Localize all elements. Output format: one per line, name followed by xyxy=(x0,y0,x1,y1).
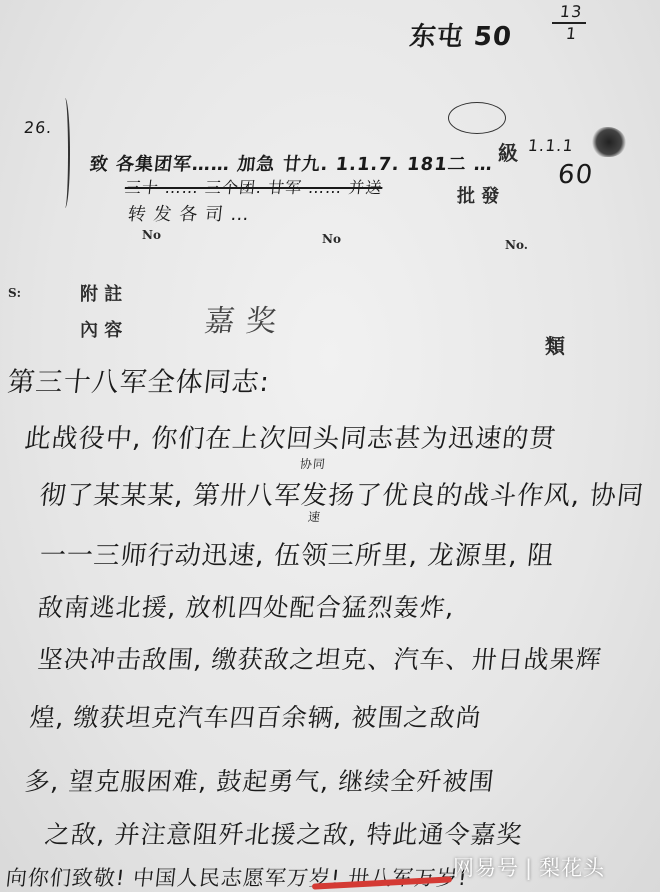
number-value: 60 xyxy=(556,160,594,190)
body-line-3: 彻了某某某, 第卅八军发扬了优良的战斗作风, 协同 xyxy=(38,475,646,512)
stamp-handwriting: 嘉 奖 xyxy=(203,296,280,340)
circled-note xyxy=(448,102,506,134)
grade-value: 1.1.1 xyxy=(527,136,575,155)
body-line-1: 第三十八军全体同志: xyxy=(6,360,272,399)
no-label-3: No. xyxy=(505,238,528,252)
content-label: 內 容 xyxy=(80,316,122,342)
grade-label: 級 xyxy=(498,137,518,166)
fraction-denominator: 1 xyxy=(565,24,578,43)
inserted-annotation-2: 速 xyxy=(307,508,322,525)
margin-mark: S: xyxy=(8,286,21,300)
no-label-1: No xyxy=(142,228,161,242)
inserted-annotation-1: 协同 xyxy=(299,455,327,472)
header-line-3: 转 发 各 司 … xyxy=(127,200,252,226)
left-margin-note: 26. xyxy=(23,118,53,137)
watermark-separator: | xyxy=(525,856,533,880)
header-line-2: 三十 …… 三个团. 廿军 …… 并送 xyxy=(124,175,384,198)
remarks-label: 附 註 xyxy=(80,280,122,306)
watermark-platform: 网易号 xyxy=(453,856,519,880)
header-line-1: 致 各集团军…… 加急 廿九. 1.1.7. 181二 … xyxy=(89,150,495,176)
left-bracket-mark xyxy=(60,98,70,208)
body-line-6: 坚决冲击敌围, 缴获敌之坦克、汽车、卅日战果辉 xyxy=(36,640,604,676)
body-line-4: 一一三师行动迅速, 伍领三所里, 龙源里, 阻 xyxy=(38,535,556,572)
body-line-8: 多, 望克服困难, 鼓起勇气, 继续全歼被围 xyxy=(23,762,496,798)
watermark: 网易号|梨花头 xyxy=(453,852,605,882)
approve-label: 批 發 xyxy=(457,182,499,208)
body-line-2: 此战役中, 你们在上次回头同志甚为迅速的贯 xyxy=(23,418,558,455)
category-label: 類 xyxy=(545,330,565,359)
body-line-10: 向你们致敬! 中国人民志愿军万岁! 卅八军万岁! xyxy=(4,862,469,892)
body-line-5: 敌南逃北援, 放机四处配合猛烈轰炸, xyxy=(36,588,457,624)
top-right-reference: 东屯 50 xyxy=(408,16,514,53)
no-label-2: No xyxy=(322,232,341,246)
body-line-9: 之敌, 并注意阻歼北援之敌, 特此通令嘉奖 xyxy=(43,815,525,851)
body-line-7: 煌, 缴获坦克汽车四百余辆, 被围之敌尚 xyxy=(28,698,484,734)
fraction-numerator: 13 xyxy=(559,2,583,21)
ink-blot xyxy=(592,127,626,157)
watermark-author: 梨花头 xyxy=(539,856,605,880)
